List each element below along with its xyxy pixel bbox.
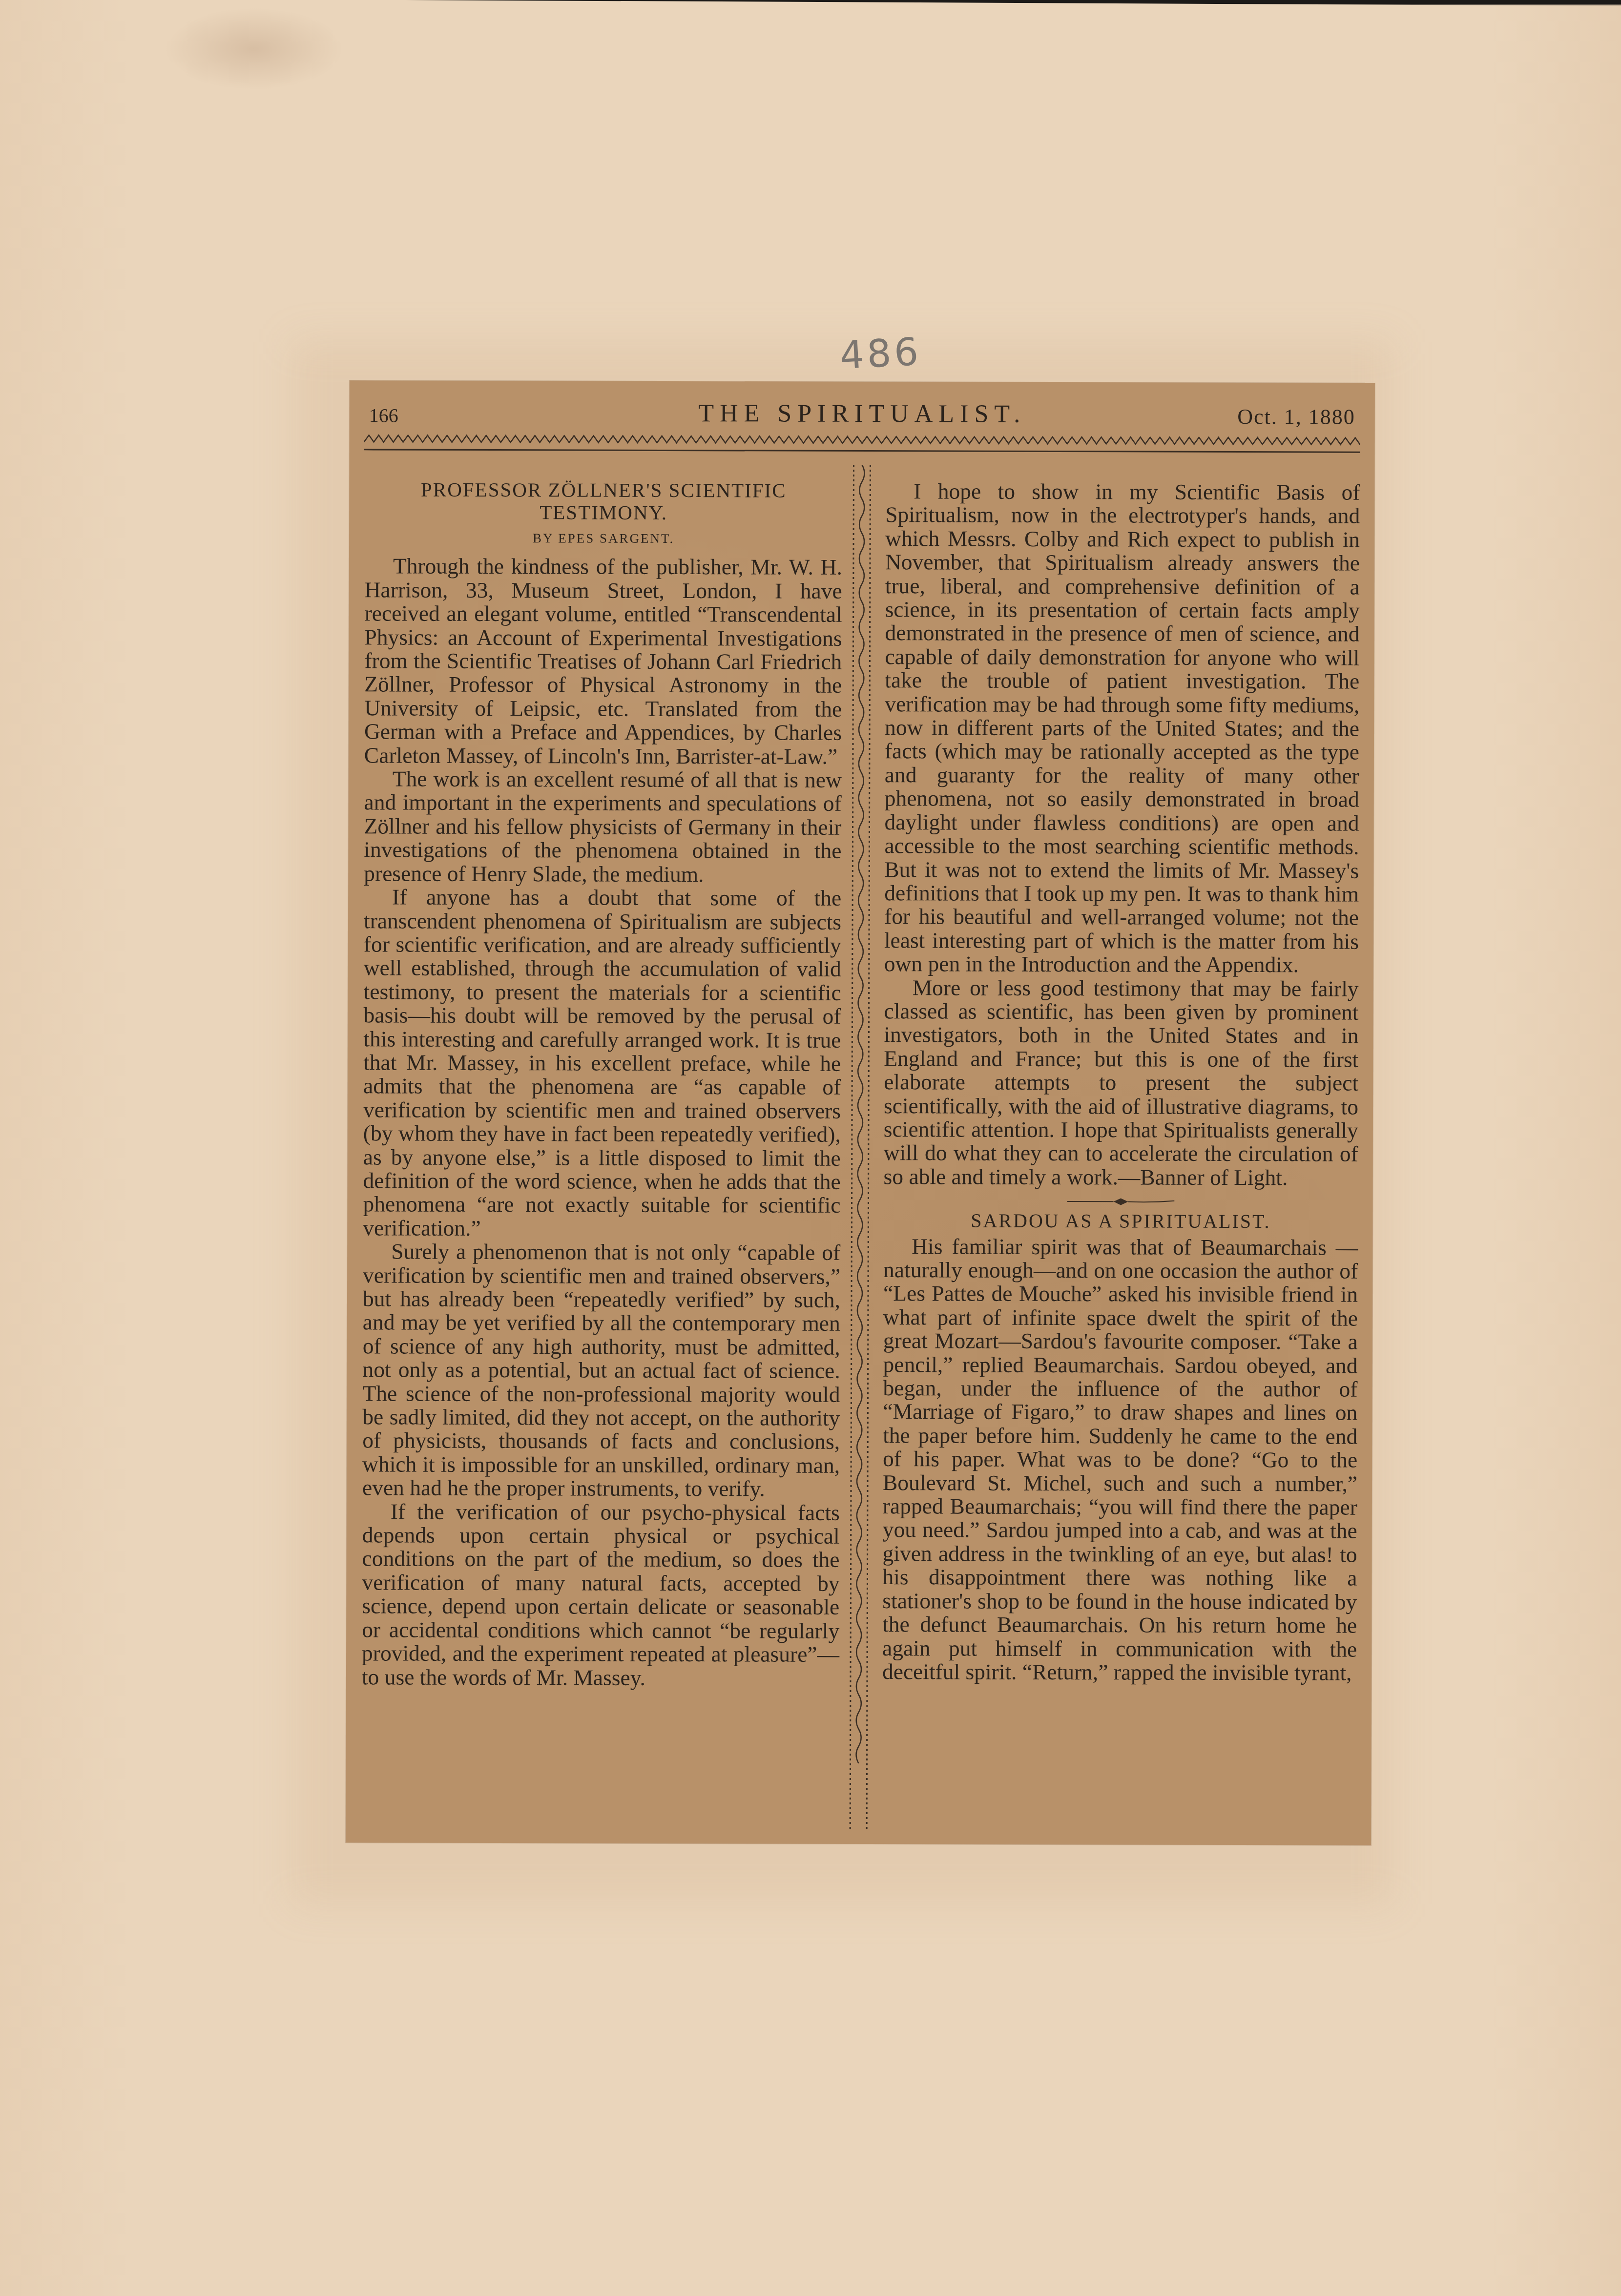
paragraph: The work is an excellent resumé of all t… — [364, 767, 842, 887]
byline: BY EPES SARGENT. — [365, 526, 842, 551]
paragraph: His familiar spirit was that of Beaumarc… — [882, 1235, 1358, 1685]
paragraph: More or less good testimony that may be … — [884, 976, 1359, 1190]
pencil-page-number: 486 — [839, 330, 922, 378]
paragraph: I hope to show in my Scientific Basis of… — [884, 479, 1360, 977]
left-column: PROFESSOR ZÖLLNER'S SCIENTIFIC TESTIMONY… — [362, 458, 843, 1690]
paragraph: Through the kindness of the publisher, M… — [364, 555, 842, 768]
article-title: PROFESSOR ZÖLLNER'S SCIENTIFIC TESTIMONY… — [365, 478, 842, 524]
newspaper-title: THE SPIRITUALIST. — [364, 398, 1360, 429]
paragraph: If anyone has a doubt that some of the t… — [363, 885, 841, 1241]
paragraph: If the verification of our psycho-physic… — [362, 1500, 840, 1690]
paragraph: Surely a phenomenon that is not only “ca… — [362, 1240, 840, 1501]
column-divider-ornament — [846, 465, 874, 1832]
newspaper-clipping: 166 THE SPIRITUALIST. Oct. 1, 1880 PROFE… — [346, 380, 1375, 1845]
article-title: SARDOU AS A SPIRITUALIST. — [883, 1209, 1358, 1234]
right-column: I hope to show in my Scientific Basis of… — [882, 460, 1360, 1685]
section-divider-ornament — [1067, 1197, 1174, 1207]
issue-date: Oct. 1, 1880 — [1237, 404, 1355, 430]
